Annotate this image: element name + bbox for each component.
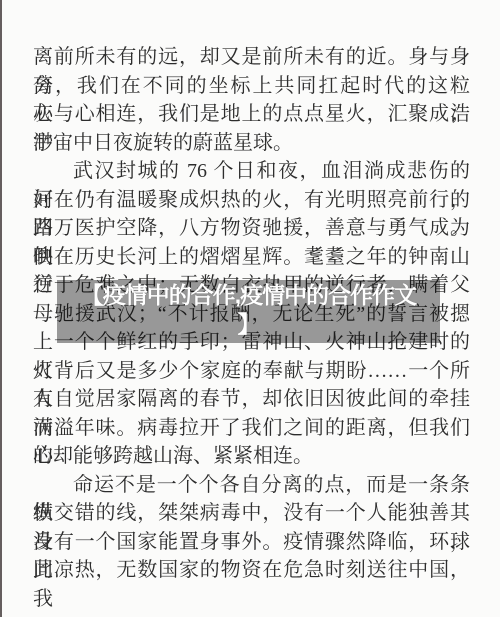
text-line: 心与心相连，我们是地上的点点星火，汇聚成浩渺 (33, 100, 470, 129)
text-line: 人自觉居家隔离的春节，却依旧因彼此间的牵挂而 (33, 385, 470, 414)
document-page: 离前所未有的远，却又是前所未有的近。身与身分离，我们在不同的坐标上共同扛起时代的… (0, 0, 500, 617)
text-line: 离前所未有的远，却又是前所未有的近。身与身分 (33, 43, 470, 72)
title-banner-overlay (57, 280, 440, 343)
text-line: 此凉热，无数国家的物资在危急时刻送往中国，我 (33, 556, 470, 585)
text-line: 命运不是一个个各自分离的点，而是一条条纵 (33, 471, 470, 500)
text-line: 宇宙中日夜旋转的蔚蓝星球。 (33, 129, 470, 158)
text-line: 离，我们在不同的坐标上共同扛起时代的这粒灰； (33, 72, 470, 101)
text-line: 映在历史长河上的熠熠星辉。耄耋之年的钟南山逆 (33, 243, 470, 272)
text-line: 好在仍有温暖聚成炽热的火，有光明照亮前行的路。 (33, 186, 470, 215)
text-line: 武汉封城的 76 个日和夜，血泪淌成悲伤的河， (33, 157, 470, 186)
page-left-edge-shadow (0, 0, 2, 617)
text-line: 没有一个国家能置身事外。疫情骤然降临，环球同 (33, 528, 470, 557)
text-line: 火背后又是多少个家庭的奉献与期盼……一个所有 (33, 357, 470, 386)
text-line: 横交错的线，桀桀病毒中，没有一个人能独善其身， (33, 499, 470, 528)
text-line: 满溢年味。病毒拉开了我们之间的距离，但我们的 (33, 414, 470, 443)
text-line: 四万医护空降，八方物资驰援，善意与勇气成为倒 (33, 214, 470, 243)
text-line: 心却能够跨越山海、紧紧相连。 (33, 442, 470, 471)
